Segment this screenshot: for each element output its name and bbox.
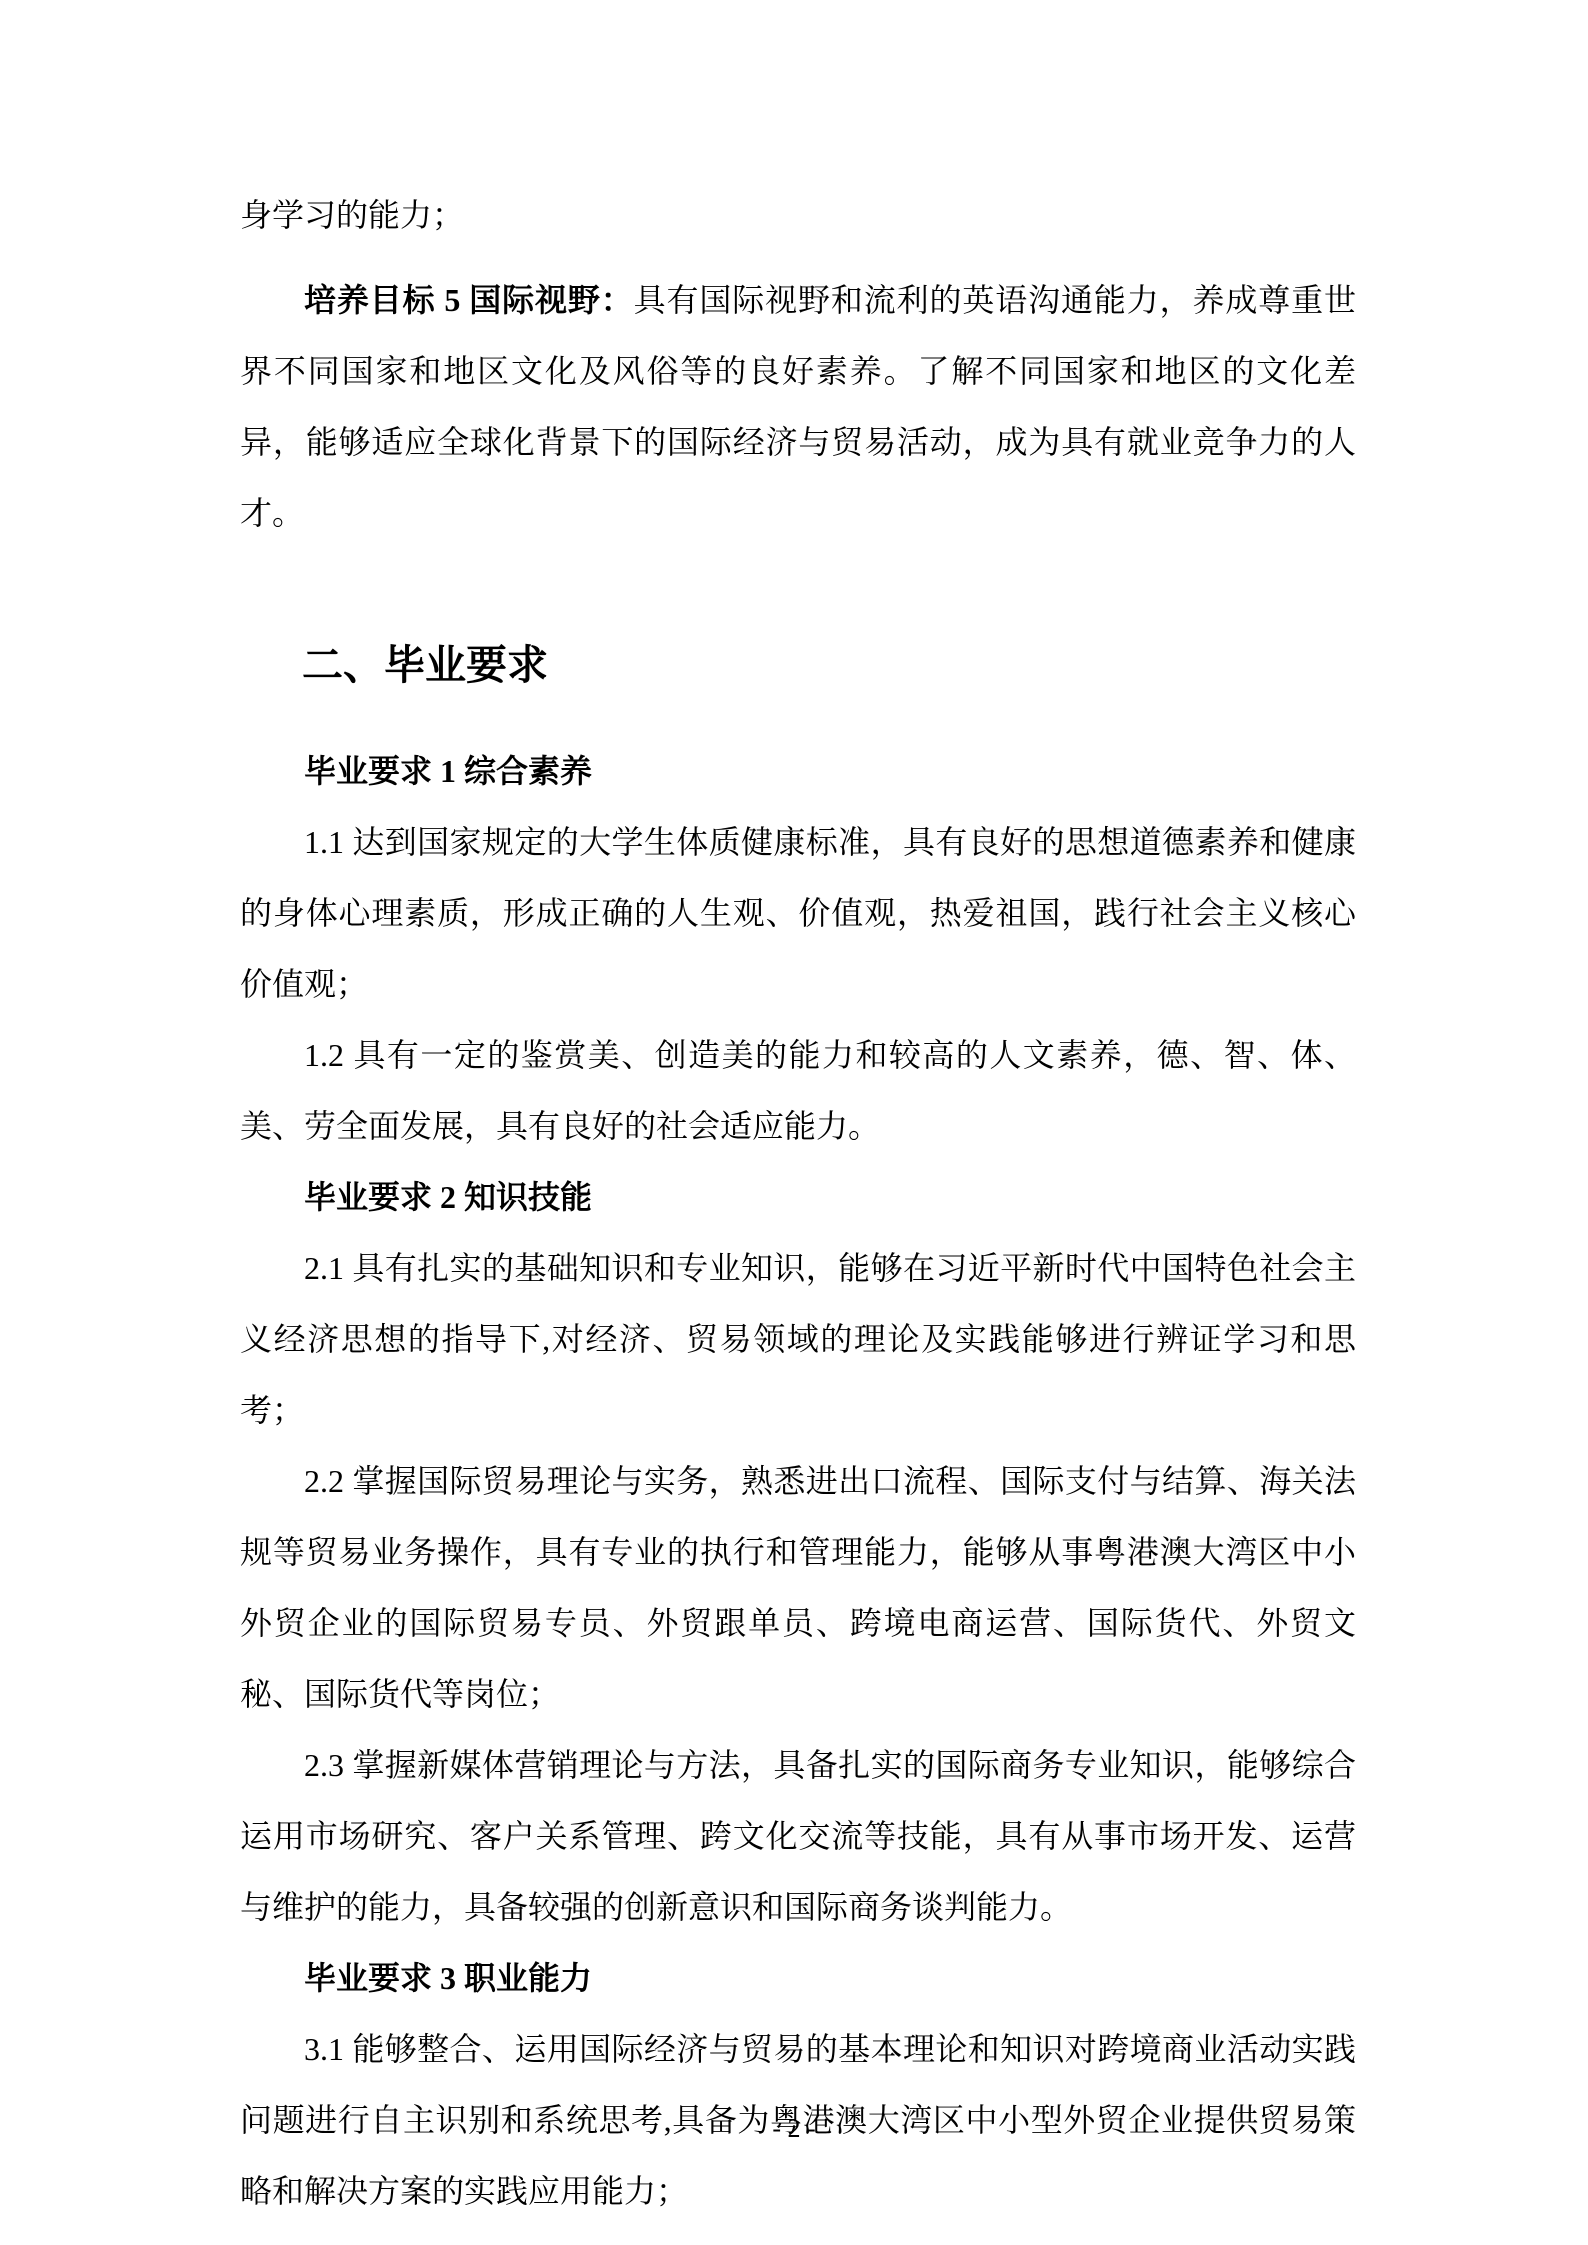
paragraph-1-2: 1.2 具有一定的鉴赏美、创造美的能力和较高的人文素养，德、智、体、美、劳全面发… <box>240 1020 1356 1162</box>
paragraph-2-2: 2.2 掌握国际贸易理论与实务，熟悉进出口流程、国际支付与结算、海关法规等贸易业… <box>240 1446 1356 1730</box>
section-heading: 二、毕业要求 <box>240 640 1356 690</box>
document-page: 身学习的能力； 培养目标 5 国际视野：具有国际视野和流利的英语沟通能力，养成尊… <box>0 0 1588 2245</box>
paragraph-2-3: 2.3 掌握新媒体营销理论与方法，具备扎实的国际商务专业知识，能够综合运用市场研… <box>240 1730 1356 1943</box>
page-number: - 2 - <box>0 2112 1588 2146</box>
objective-5-label: 培养目标 5 国际视野： <box>304 282 634 318</box>
paragraph-2-1: 2.1 具有扎实的基础知识和专业知识，能够在习近平新时代中国特色社会主义经济思想… <box>240 1233 1356 1446</box>
requirement-heading-3: 毕业要求 3 职业能力 <box>240 1943 1356 2014</box>
objective-5-body: 具有国际视野和流利的英语沟通能力，养成尊重世界不同国家和地区文化及风俗等的良好素… <box>240 282 1356 531</box>
requirement-heading-2: 毕业要求 2 知识技能 <box>240 1162 1356 1233</box>
carryover-line: 身学习的能力； <box>240 180 1356 251</box>
objective-5-paragraph: 培养目标 5 国际视野：具有国际视野和流利的英语沟通能力，养成尊重世界不同国家和… <box>240 265 1356 549</box>
requirement-heading-1: 毕业要求 1 综合素养 <box>240 736 1356 807</box>
page-content: 身学习的能力； 培养目标 5 国际视野：具有国际视野和流利的英语沟通能力，养成尊… <box>240 180 1356 2227</box>
paragraph-1-1: 1.1 达到国家规定的大学生体质健康标准，具有良好的思想道德素养和健康的身体心理… <box>240 807 1356 1020</box>
